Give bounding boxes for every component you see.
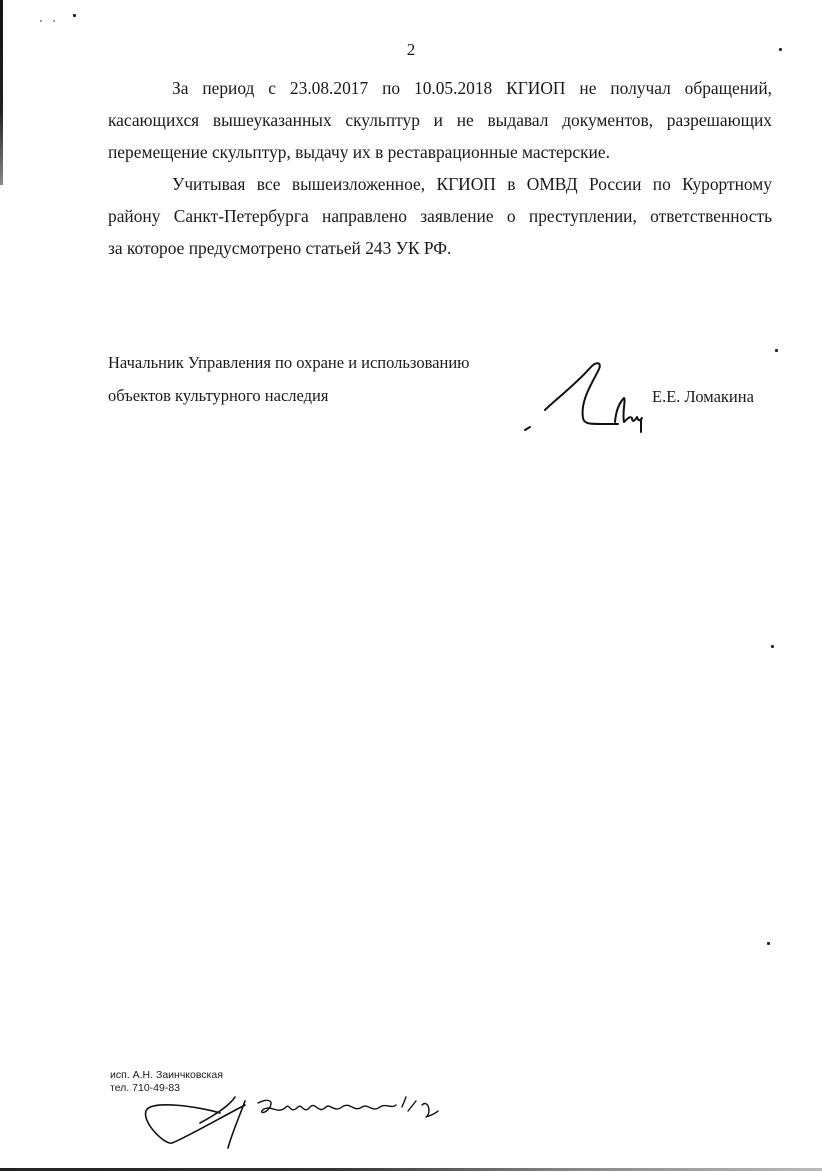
signer-position-line-1: Начальник Управления по охране и использ… xyxy=(108,353,520,373)
scan-speck xyxy=(775,349,778,352)
executor-name: исп. А.Н. Заинчковская xyxy=(110,1069,223,1081)
paragraph-2-line-3: за которое предусмотрено статьей 243 УК … xyxy=(108,238,451,258)
signer-position-line-2: объектов культурного наследия xyxy=(108,386,328,406)
paragraph-1-line-1: За период с 23.08.2017 по 10.05.2018 КГИ… xyxy=(172,78,772,98)
signer-name: Е.Е. Ломакина xyxy=(652,387,754,407)
paragraph-1-line-2: касающихся вышеуказанных скульптур и не … xyxy=(108,110,772,130)
scan-left-edge xyxy=(0,0,3,185)
scan-speck xyxy=(73,14,76,17)
scan-bottom-edge xyxy=(0,1168,822,1171)
executor-signature-icon xyxy=(140,1093,480,1155)
handwritten-signature-icon xyxy=(520,360,650,435)
scan-speck xyxy=(40,20,42,22)
paragraph-1-line-3: перемещение скульптур, выдачу их в реста… xyxy=(108,142,610,162)
scan-speck xyxy=(771,645,774,648)
scan-speck xyxy=(767,942,770,945)
paragraph-2-line-1: Учитывая все вышеизложенное, КГИОП в ОМВ… xyxy=(172,174,772,194)
page-number: 2 xyxy=(0,40,822,60)
scan-speck xyxy=(53,20,55,22)
paragraph-2-line-2: району Санкт-Петербурга направлено заявл… xyxy=(108,206,772,226)
document-page: 2 За период с 23.08.2017 по 10.05.2018 К… xyxy=(0,0,822,1172)
